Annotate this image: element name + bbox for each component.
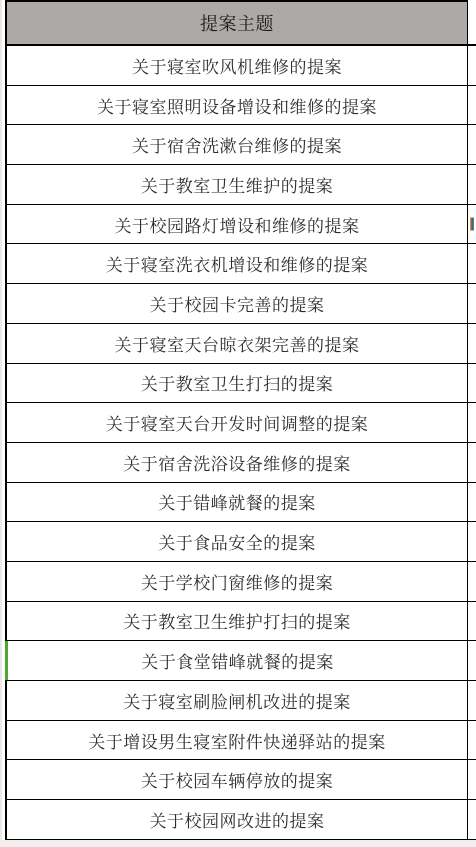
- table-row: 关于教室卫生打扫的提案: [5, 364, 476, 404]
- adjacent-cell-sliver[interactable]: [468, 522, 476, 561]
- proposal-table: 提案主题 关于寝室吹风机维修的提案 关于寝室照明设备增设和维修的提案 关于宿舍洗…: [5, 0, 476, 840]
- adjacent-cell-sliver[interactable]: [468, 364, 476, 403]
- adjacent-cell-sliver[interactable]: [468, 403, 476, 442]
- table-row: 关于食堂错峰就餐的提案: [5, 641, 476, 681]
- proposal-topic-text: 关于校园路灯增设和维修的提案: [115, 212, 360, 237]
- proposal-topic-text: 关于教室卫生维护打扫的提案: [123, 608, 351, 633]
- table-row: 关于寝室天台晾衣架完善的提案: [5, 324, 476, 364]
- proposal-topic-cell[interactable]: 关于教室卫生维护打扫的提案: [5, 602, 468, 641]
- proposal-topic-text: 关于寝室天台开发时间调整的提案: [106, 410, 369, 435]
- adjacent-cell-sliver[interactable]: [468, 721, 476, 760]
- adjacent-cell-sliver[interactable]: [468, 205, 476, 244]
- proposal-topic-cell[interactable]: 关于食堂错峰就餐的提案: [5, 641, 468, 680]
- proposal-topic-cell[interactable]: 关于宿舍洗漱台维修的提案: [5, 125, 468, 164]
- proposal-topic-cell[interactable]: 关于寝室吹风机维修的提案: [5, 46, 468, 85]
- proposal-topic-cell[interactable]: 关于校园车辆停放的提案: [5, 760, 468, 799]
- adjacent-cell-sliver[interactable]: [468, 681, 476, 720]
- proposal-topic-cell[interactable]: 关于错峰就餐的提案: [5, 483, 468, 522]
- proposal-topic-text: 关于教室卫生打扫的提案: [141, 370, 334, 395]
- adjacent-cell-sliver[interactable]: [468, 125, 476, 164]
- proposal-topic-text: 关于学校门窗维修的提案: [141, 569, 334, 594]
- proposal-topic-text: 关于食品安全的提案: [158, 529, 316, 554]
- proposal-topic-text: 关于宿舍洗漱台维修的提案: [132, 132, 342, 157]
- proposal-topic-cell[interactable]: 关于寝室刷脸闸机改进的提案: [5, 681, 468, 720]
- adjacent-cell-sliver[interactable]: [468, 641, 476, 680]
- table-row: 关于宿舍洗浴设备维修的提案: [5, 443, 476, 483]
- adjacent-cell-sliver[interactable]: [468, 284, 476, 323]
- window-left-edge: [0, 0, 2, 847]
- proposal-topic-text: 关于宿舍洗浴设备维修的提案: [123, 450, 351, 475]
- proposal-topic-text: 关于寝室吹风机维修的提案: [132, 53, 342, 78]
- proposal-topic-text: 关于增设男生寝室附件快递驿站的提案: [88, 728, 386, 753]
- proposal-topic-cell[interactable]: 关于寝室天台晾衣架完善的提案: [5, 324, 468, 363]
- proposal-topic-cell[interactable]: 关于宿舍洗浴设备维修的提案: [5, 443, 468, 482]
- table-row: 关于寝室天台开发时间调整的提案: [5, 403, 476, 443]
- proposal-topic-text: 关于校园车辆停放的提案: [141, 767, 334, 792]
- adjacent-cell-sliver[interactable]: [468, 443, 476, 482]
- proposal-topic-text: 关于食堂错峰就餐的提案: [141, 648, 334, 673]
- proposal-topic-text: 关于寝室天台晾衣架完善的提案: [115, 331, 360, 356]
- adjacent-cell-sliver[interactable]: [468, 602, 476, 641]
- table-body: 关于寝室吹风机维修的提案 关于寝室照明设备增设和维修的提案 关于宿舍洗漱台维修的…: [5, 46, 476, 840]
- proposal-topic-text: 关于寝室刷脸闸机改进的提案: [123, 688, 351, 713]
- proposal-topic-text: 关于教室卫生维护的提案: [141, 172, 334, 197]
- adjacent-cell-sliver[interactable]: [468, 165, 476, 204]
- window-bottom-edge: [0, 840, 476, 847]
- spreadsheet-viewport: 提案主题 关于寝室吹风机维修的提案 关于寝室照明设备增设和维修的提案 关于宿舍洗…: [0, 0, 476, 847]
- adjacent-cell-sliver[interactable]: [468, 483, 476, 522]
- adjacent-cell-sliver[interactable]: [468, 562, 476, 601]
- partial-character-fragment: [470, 218, 474, 231]
- adjacent-cell-sliver[interactable]: [468, 86, 476, 125]
- header-cell-proposal-topic[interactable]: 提案主题: [5, 0, 468, 44]
- adjacent-cell-sliver[interactable]: [468, 760, 476, 799]
- proposal-topic-text: 关于校园卡完善的提案: [150, 291, 325, 316]
- proposal-topic-cell[interactable]: 关于食品安全的提案: [5, 522, 468, 561]
- proposal-topic-text: 关于寝室洗衣机增设和维修的提案: [106, 251, 369, 276]
- table-row: 关于宿舍洗漱台维修的提案: [5, 125, 476, 165]
- table-header-row: 提案主题: [5, 0, 476, 46]
- proposal-topic-cell[interactable]: 关于寝室照明设备增设和维修的提案: [5, 86, 468, 125]
- proposal-topic-text: 关于错峰就餐的提案: [158, 489, 316, 514]
- table-row: 关于增设男生寝室附件快递驿站的提案: [5, 721, 476, 761]
- table-row: 关于校园网改进的提案: [5, 800, 476, 840]
- table-row: 关于校园车辆停放的提案: [5, 760, 476, 800]
- proposal-topic-cell[interactable]: 关于校园卡完善的提案: [5, 284, 468, 323]
- proposal-topic-cell[interactable]: 关于寝室天台开发时间调整的提案: [5, 403, 468, 442]
- proposal-topic-text: 关于寝室照明设备增设和维修的提案: [97, 93, 377, 118]
- table-row: 关于校园路灯增设和维修的提案: [5, 205, 476, 245]
- proposal-topic-cell[interactable]: 关于教室卫生打扫的提案: [5, 364, 468, 403]
- adjacent-cell-sliver[interactable]: [468, 46, 476, 85]
- table-row: 关于错峰就餐的提案: [5, 483, 476, 523]
- table-row: 关于寝室吹风机维修的提案: [5, 46, 476, 86]
- table-row: 关于食品安全的提案: [5, 522, 476, 562]
- proposal-topic-cell[interactable]: 关于教室卫生维护的提案: [5, 165, 468, 204]
- table-row: 关于学校门窗维修的提案: [5, 562, 476, 602]
- proposal-topic-cell[interactable]: 关于校园网改进的提案: [5, 800, 468, 839]
- adjacent-cell-sliver[interactable]: [468, 324, 476, 363]
- adjacent-column-header-sliver: [468, 0, 476, 44]
- table-row: 关于寝室刷脸闸机改进的提案: [5, 681, 476, 721]
- adjacent-cell-sliver[interactable]: [468, 244, 476, 283]
- proposal-topic-cell[interactable]: 关于增设男生寝室附件快递驿站的提案: [5, 721, 468, 760]
- proposal-topic-text: 关于校园网改进的提案: [150, 807, 325, 832]
- proposal-topic-cell[interactable]: 关于校园路灯增设和维修的提案: [5, 205, 468, 244]
- adjacent-cell-sliver[interactable]: [468, 800, 476, 839]
- table-row: 关于教室卫生维护打扫的提案: [5, 602, 476, 642]
- table-row: 关于寝室洗衣机增设和维修的提案: [5, 244, 476, 284]
- table-row: 关于教室卫生维护的提案: [5, 165, 476, 205]
- table-row: 关于校园卡完善的提案: [5, 284, 476, 324]
- table-row: 关于寝室照明设备增设和维修的提案: [5, 86, 476, 126]
- proposal-topic-cell[interactable]: 关于学校门窗维修的提案: [5, 562, 468, 601]
- proposal-topic-cell[interactable]: 关于寝室洗衣机增设和维修的提案: [5, 244, 468, 283]
